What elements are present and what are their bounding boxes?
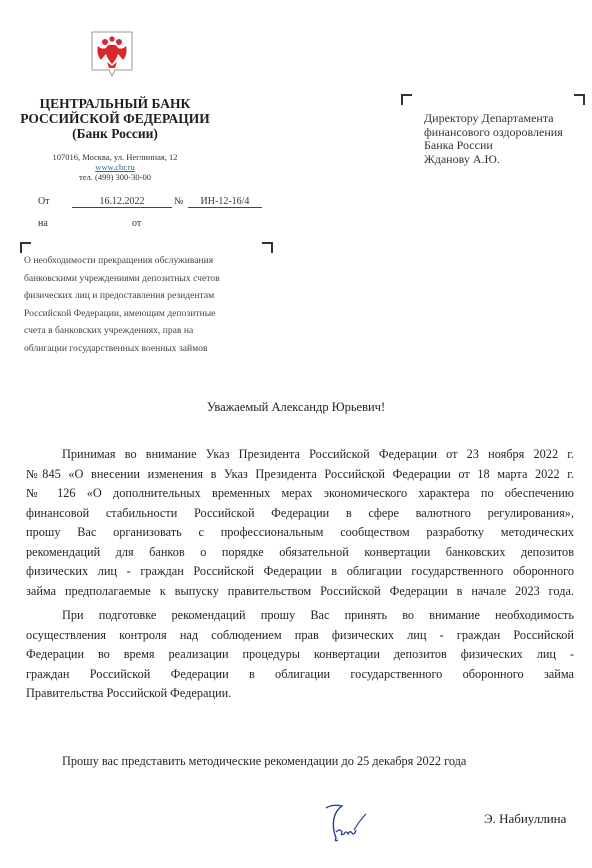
paragraph-line: рекомендаций для банков о порядке обязат…: [26, 543, 574, 563]
subject-line: физических лиц и предоставления резидент…: [24, 287, 274, 305]
of-label: от: [132, 218, 141, 229]
recipient-block: Директору Департамента финансового оздор…: [424, 112, 592, 166]
document-number: ИН-12-16/4: [188, 196, 262, 208]
org-name-line2: РОССИЙСКОЙ ФЕДЕРАЦИИ: [20, 111, 210, 126]
document-date: 16.12.2022: [72, 196, 172, 208]
recipient-line3: Банка России: [424, 139, 592, 153]
organization-name: ЦЕНТРАЛЬНЫЙ БАНК РОССИЙСКОЙ ФЕДЕРАЦИИ (Б…: [20, 96, 210, 141]
recipient-line1: Директору Департамента: [424, 112, 592, 126]
corner-mark: [401, 94, 412, 105]
paragraph-line: Принимая во внимание Указ Президента Рос…: [26, 445, 574, 465]
paragraph-line: Федерации во время реализации процедуры …: [26, 645, 574, 665]
paragraph-line: При подготовке рекомендаций прошу Вас пр…: [26, 606, 574, 626]
paragraph-2: При подготовке рекомендаций прошу Вас пр…: [26, 606, 574, 704]
paragraph-line: Правительства Российской Федерации.: [26, 684, 574, 704]
closing-request: Прошу вас представить методические реком…: [62, 754, 466, 769]
paragraph-line: №845 «О внесении изменения в Указ Презид…: [26, 465, 574, 485]
to-label: на: [38, 218, 48, 229]
subject-line: О необходимости прекращения обслуживания: [24, 252, 274, 270]
greeting: Уважаемый Александр Юрьевич!: [0, 400, 592, 415]
paragraph-line: прошу Вас организовать с профессиональны…: [26, 523, 574, 543]
coat-of-arms-icon: [90, 30, 134, 80]
signer-name: Э. Набиуллина: [484, 811, 566, 827]
subject-line: Российской Федерации, имеющим депозитные: [24, 305, 274, 323]
org-address: 107016, Москва, ул. Неглинная, 12: [20, 152, 210, 162]
org-phone: тел. (499) 300-30-00: [20, 172, 210, 182]
paragraph-line: осуществления контроля над соблюдением п…: [26, 626, 574, 646]
subject-line: банковскими учреждениями депозитных счет…: [24, 270, 274, 288]
paragraph-1: Принимая во внимание Указ Президента Рос…: [26, 445, 574, 601]
number-label: №: [174, 196, 184, 207]
paragraph-line: займа предполагаемые к выпуску правитель…: [26, 582, 574, 602]
paragraph-line: № 126 «О дополнительных временных мерах …: [26, 484, 574, 504]
subject-line: облигации государственных военных займов: [24, 340, 274, 358]
signature-icon: [322, 800, 370, 848]
corner-mark: [574, 94, 585, 105]
from-label: От: [38, 196, 50, 207]
subject-block: О необходимости прекращения обслуживания…: [24, 252, 274, 358]
registration-row-incoming: на от: [38, 218, 278, 232]
registration-row-outgoing: От 16.12.2022 № ИН-12-16/4: [38, 196, 278, 210]
paragraph-line: финансовой стабильности Российской Федер…: [26, 504, 574, 524]
org-website-link[interactable]: www.cbr.ru: [20, 162, 210, 172]
paragraph-line: граждан Российской Федерации в облигации…: [26, 665, 574, 685]
subject-line: счета в банковских учреждениях, прав на: [24, 322, 274, 340]
organization-contacts: 107016, Москва, ул. Неглинная, 12 www.cb…: [20, 152, 210, 182]
paragraph-line: физических лиц - граждан Российской Феде…: [26, 562, 574, 582]
recipient-line4: Жданову А.Ю.: [424, 153, 592, 167]
recipient-line2: финансового оздоровления: [424, 126, 592, 140]
org-name-line1: ЦЕНТРАЛЬНЫЙ БАНК: [20, 96, 210, 111]
org-name-line3: (Банк России): [20, 126, 210, 141]
